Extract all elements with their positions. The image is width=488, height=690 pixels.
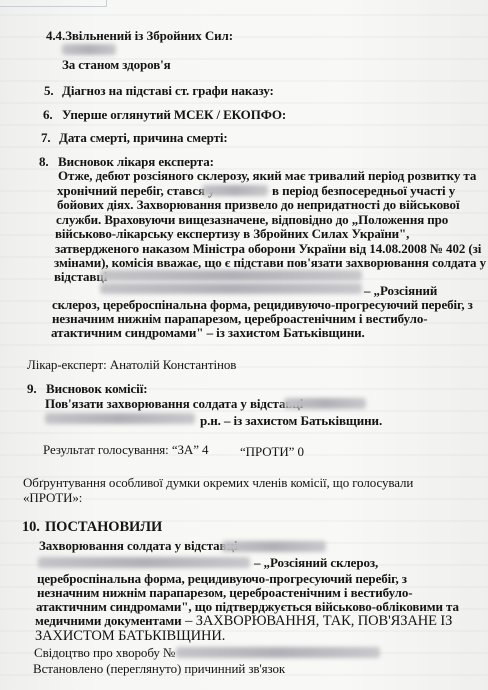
s10-line-4: незначним нижнім парапарезом, цереброаст…	[37, 585, 412, 600]
s8-line-7: змінами), комісія вважає, що є підстави …	[54, 255, 486, 270]
s10-line-2: – „Розсіяний склероз,	[254, 555, 378, 570]
s10-line-5: атактичним синдромами", що підтверджуєть…	[36, 599, 459, 614]
section-9-number: 9.	[27, 381, 37, 396]
dissent-line-1: Обґрунтування особливої думки окремих чл…	[23, 475, 413, 490]
vote-for: Результат голосування: “ЗА” 4	[43, 442, 208, 457]
s8-line-12: атактичним синдромами" – із захистом Бат…	[51, 325, 365, 340]
section-5-number: 5.	[44, 83, 54, 98]
section-5-label: Діагноз на підставі ст. графи наказу:	[62, 83, 274, 98]
s10-line-3: цереброспінальна форма, рецидивуючо-прог…	[37, 571, 407, 586]
dissent-line-2: «ПРОТИ»:	[23, 490, 82, 505]
s9-line-1: Пов'язати захворювання солдата у відстав…	[45, 396, 303, 411]
s8-line-4: служби. Враховуючи вищезазначене, відпов…	[56, 212, 448, 227]
s8-line-2a: хронічний перебіг, стався у	[57, 183, 215, 198]
section-10-number: 10.	[22, 520, 40, 535]
section-9-label: Висновок комісії:	[46, 381, 147, 396]
s8-line-5: військово-лікарську експертизу в Збройни…	[55, 226, 409, 241]
section-8-label: Висновок лікаря експерта:	[58, 154, 214, 169]
redacted-name	[222, 541, 326, 552]
certificate-label: Свідоцтво про хворобу №	[34, 645, 175, 660]
s8-line-3: бойових діях. Захворювання призвело до н…	[57, 197, 459, 212]
section-7-number: 7.	[41, 130, 51, 145]
s8-line-1: Отже, дебют розсіяного склерозу, який ма…	[58, 168, 476, 183]
vote-against: “ПРОТИ” 0	[240, 444, 304, 459]
discharge-reason: За станом здоров'я	[62, 57, 171, 72]
s10-line-1: Захворювання солдата у відставці	[39, 538, 237, 553]
section-10-colon: :	[140, 520, 144, 535]
redacted-date	[202, 185, 268, 196]
s8-line-11: незначним нижнім парапарезом, цереброаст…	[52, 311, 427, 326]
redacted-discharge-date	[62, 44, 116, 55]
section-6-label: Уперше оглянутий МСЕК / ЕКОПФО:	[62, 107, 286, 122]
s10-line-6: медичними документами – ЗАХВОРЮВАННЯ, ТА…	[35, 613, 452, 629]
redacted-name	[284, 398, 366, 409]
s10-conclusion-a: ЗАХВОРЮВАННЯ, ТАК, ПОВ'ЯЗАНЕ ІЗ	[196, 613, 453, 629]
causal-link-line: Встановлено (переглянуто) причинний зв'я…	[33, 661, 285, 676]
redacted-name	[100, 270, 362, 281]
top-edge-mark	[0, 0, 107, 7]
s8-line-9: – „Розсіяний	[364, 283, 437, 298]
redacted-name-dob	[45, 413, 195, 424]
s8-line-6: затвердженого наказом Міністра оборони У…	[55, 241, 481, 256]
s8-line-10: склероз, цереброспінальна форма, рецидив…	[52, 297, 473, 312]
redacted-name-cont	[100, 283, 362, 294]
redacted-certificate-number	[176, 647, 380, 658]
section-10-label: ПОСТАНОВИЛИ	[45, 520, 162, 535]
s9-line-2: р.н. – із захистом Батьківщини.	[200, 413, 382, 428]
section-8-number: 8.	[39, 154, 49, 169]
redacted-name-dob	[38, 557, 250, 568]
section-6-number: 6.	[43, 107, 53, 122]
expert-signature-line: Лікар-експерт: Анатолій Константінов	[27, 357, 236, 372]
s10-line-7: ЗАХИСТОМ БАТЬКІВЩИНИ.	[35, 629, 225, 644]
section-7-label: Дата смерті, причина смерті:	[59, 130, 228, 145]
s8-line-2b: в період безпосередньої участі у	[272, 183, 455, 198]
section-4-4-label: 4.4.Звільнений із Збройних Сил:	[46, 28, 233, 43]
